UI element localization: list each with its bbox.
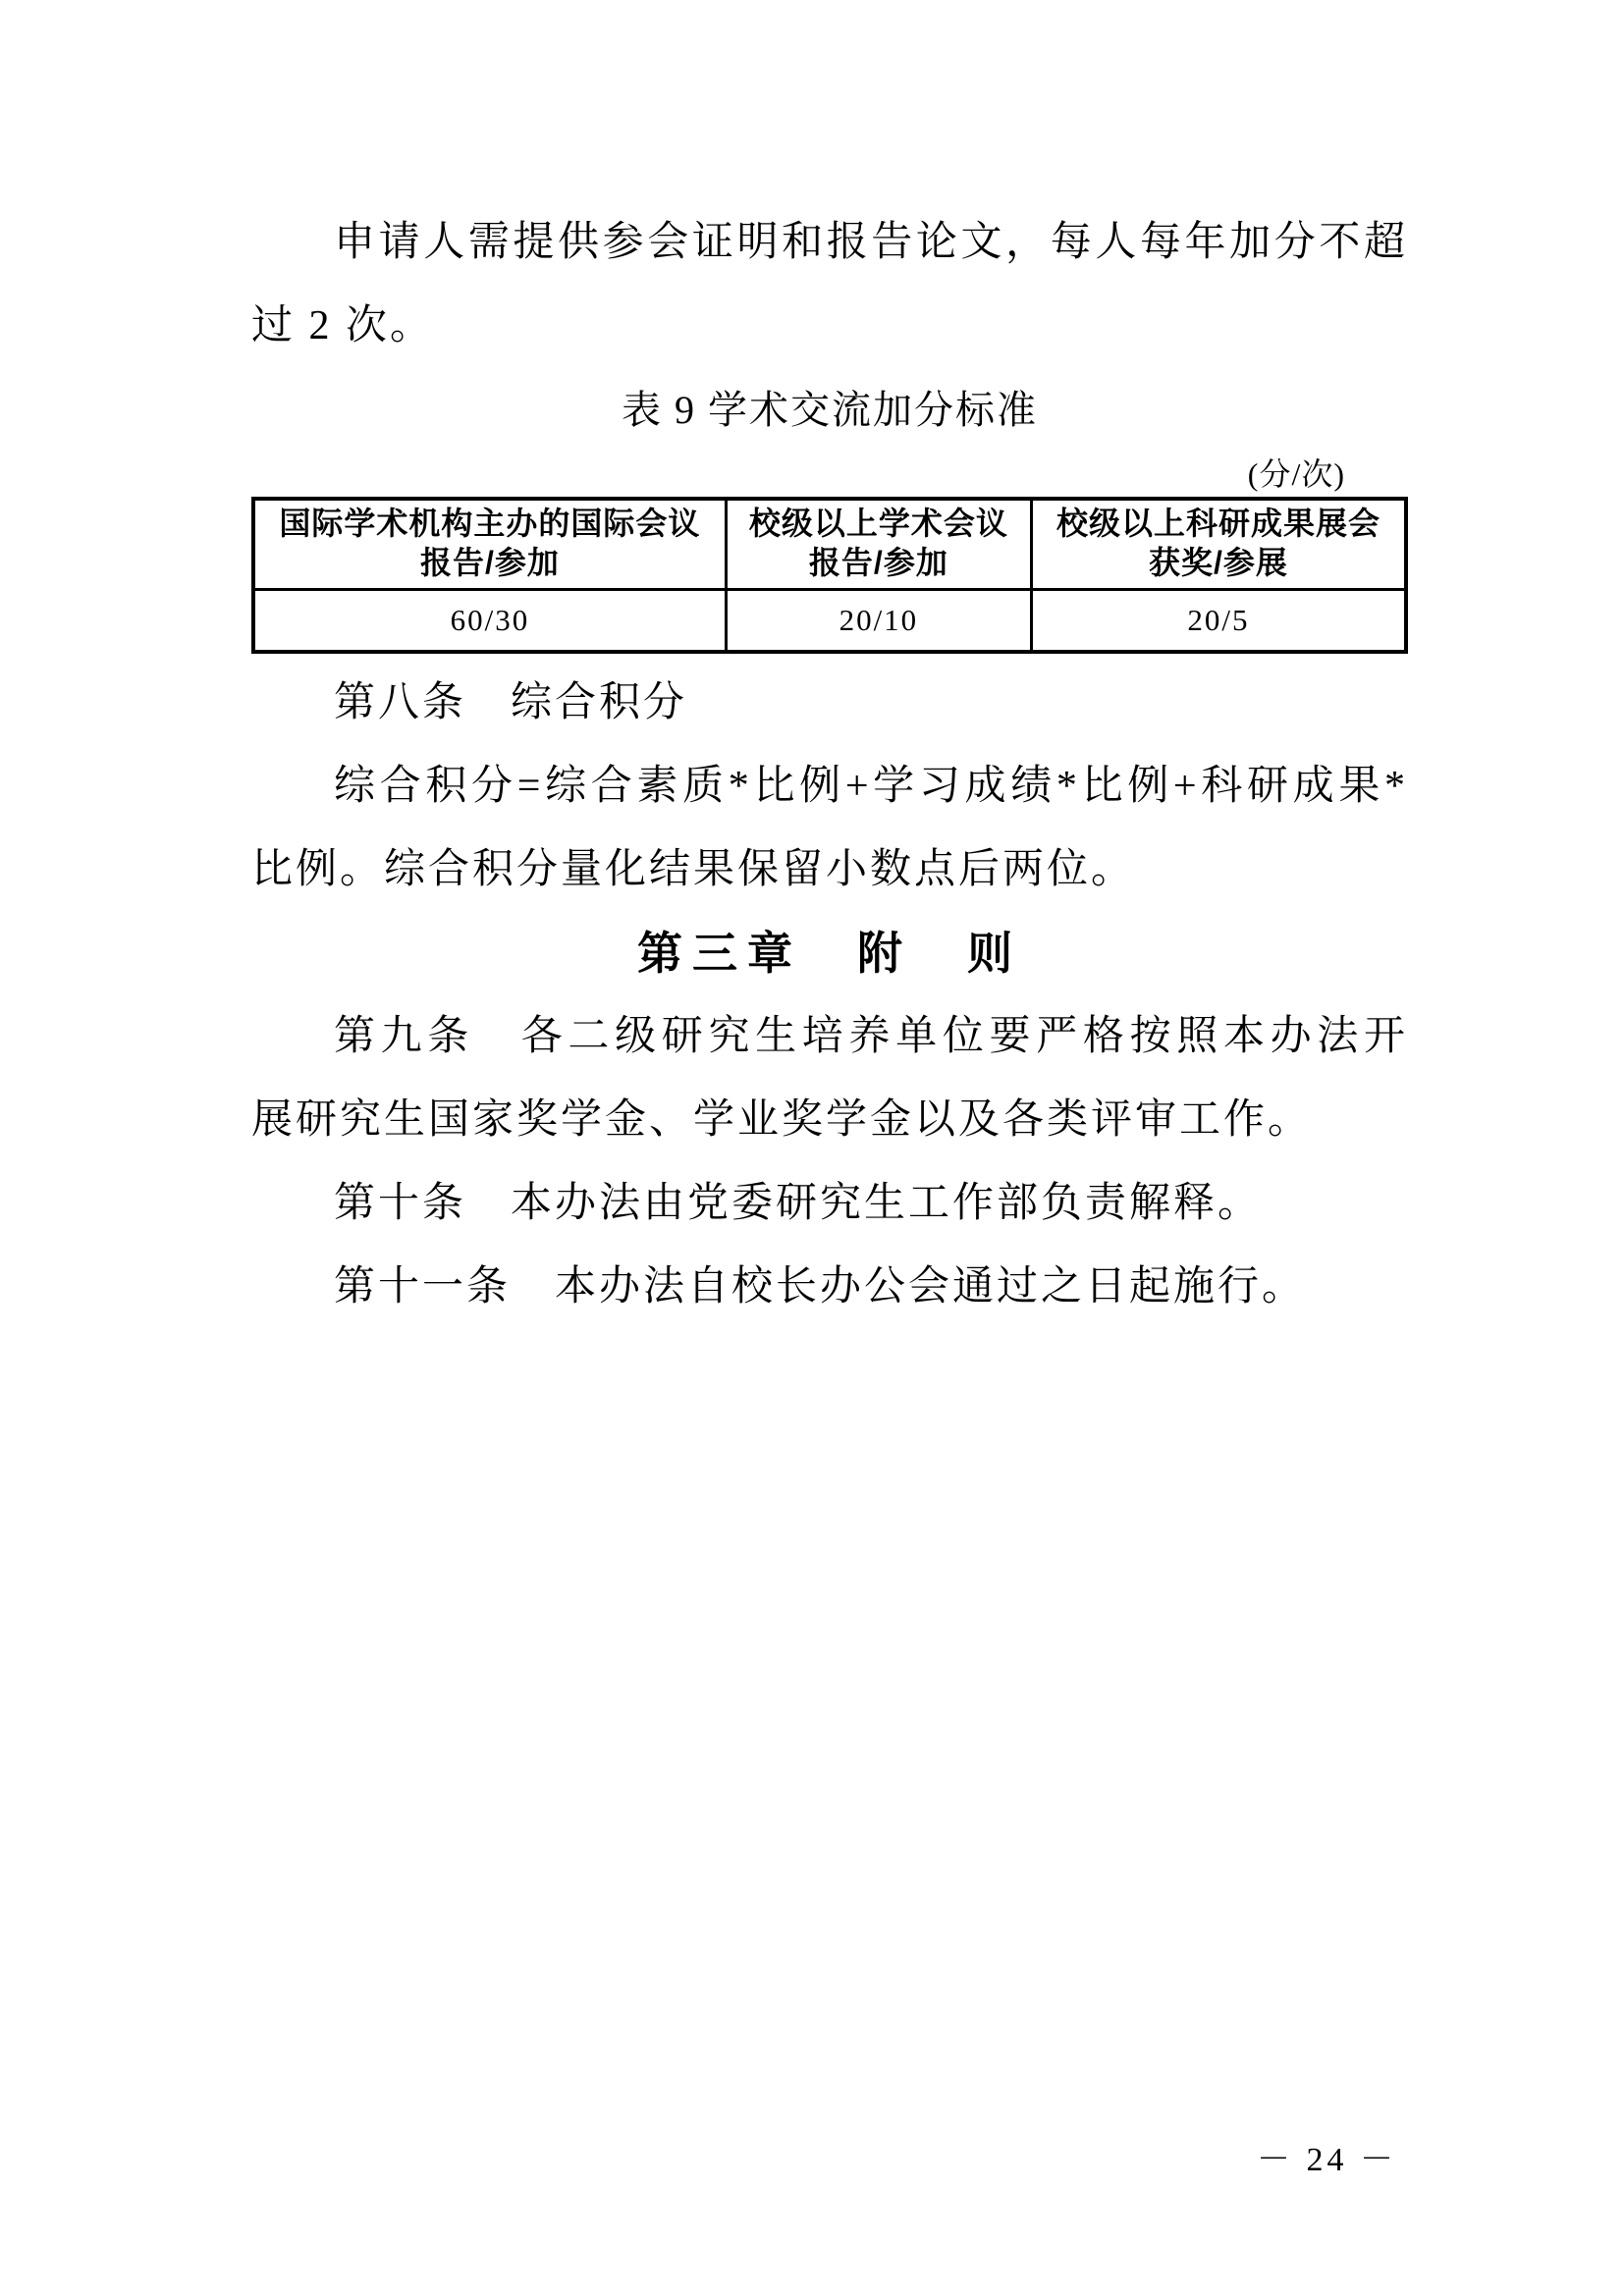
header-line-2: 报告/参加 [257,543,723,582]
table9-unit-note: (分/次) [251,452,1408,497]
article-8-title: 第八条 综合积分 [251,662,1408,745]
header-line-1: 校级以上学术会议 [730,504,1028,543]
table9-header-row: 国际学术机构主办的国际会议 报告/参加 校级以上学术会议 报告/参加 校级以上科… [253,499,1406,590]
header-line-2: 报告/参加 [730,543,1028,582]
chapter-3-heading: 第三章 附 则 [251,912,1408,995]
article-10-line: 第十条 本办法由党委研究生工作部负责解释。 [251,1162,1408,1246]
article-8-body-line-1: 综合积分=综合素质*比例+学习成绩*比例+科研成果* [251,745,1408,828]
table9-header-cell-university-conference: 校级以上学术会议 报告/参加 [726,499,1031,590]
table9-academic-exchange-table: 国际学术机构主办的国际会议 报告/参加 校级以上学术会议 报告/参加 校级以上科… [251,497,1408,654]
intro-paragraph-line-1: 申请人需提供参会证明和报告论文，每人每年加分不超 [251,201,1408,285]
header-line-2: 获奖/参展 [1035,543,1402,582]
document-page: 申请人需提供参会证明和报告论文，每人每年加分不超 过 2 次。 表 9 学术交流… [0,0,1624,2296]
header-line-1: 校级以上科研成果展会 [1035,504,1402,543]
table9-header-cell-international-conference: 国际学术机构主办的国际会议 报告/参加 [253,499,726,590]
table9-value-research-exhibition: 20/5 [1031,590,1406,653]
table9-caption: 表 9 学术交流加分标准 [251,368,1408,452]
header-line-1: 国际学术机构主办的国际会议 [257,504,723,543]
page-content: 申请人需提供参会证明和报告论文，每人每年加分不超 过 2 次。 表 9 学术交流… [251,201,1408,1329]
article-11-line: 第十一条 本办法自校长办公会通过之日起施行。 [251,1246,1408,1329]
article-8-body-line-2: 比例。综合积分量化结果保留小数点后两位。 [251,828,1408,912]
intro-paragraph-line-2: 过 2 次。 [251,285,1408,368]
article-9-line-1: 第九条 各二级研究生培养单位要严格按照本办法开 [251,995,1408,1079]
table9-value-row: 60/30 20/10 20/5 [253,590,1406,653]
page-number: － 24 － [1257,2132,1397,2180]
article-9-line-2: 展研究生国家奖学金、学业奖学金以及各类评审工作。 [251,1079,1408,1162]
table9-value-international-conference: 60/30 [253,590,726,653]
table9-value-university-conference: 20/10 [726,590,1031,653]
table9-header-cell-research-exhibition: 校级以上科研成果展会 获奖/参展 [1031,499,1406,590]
